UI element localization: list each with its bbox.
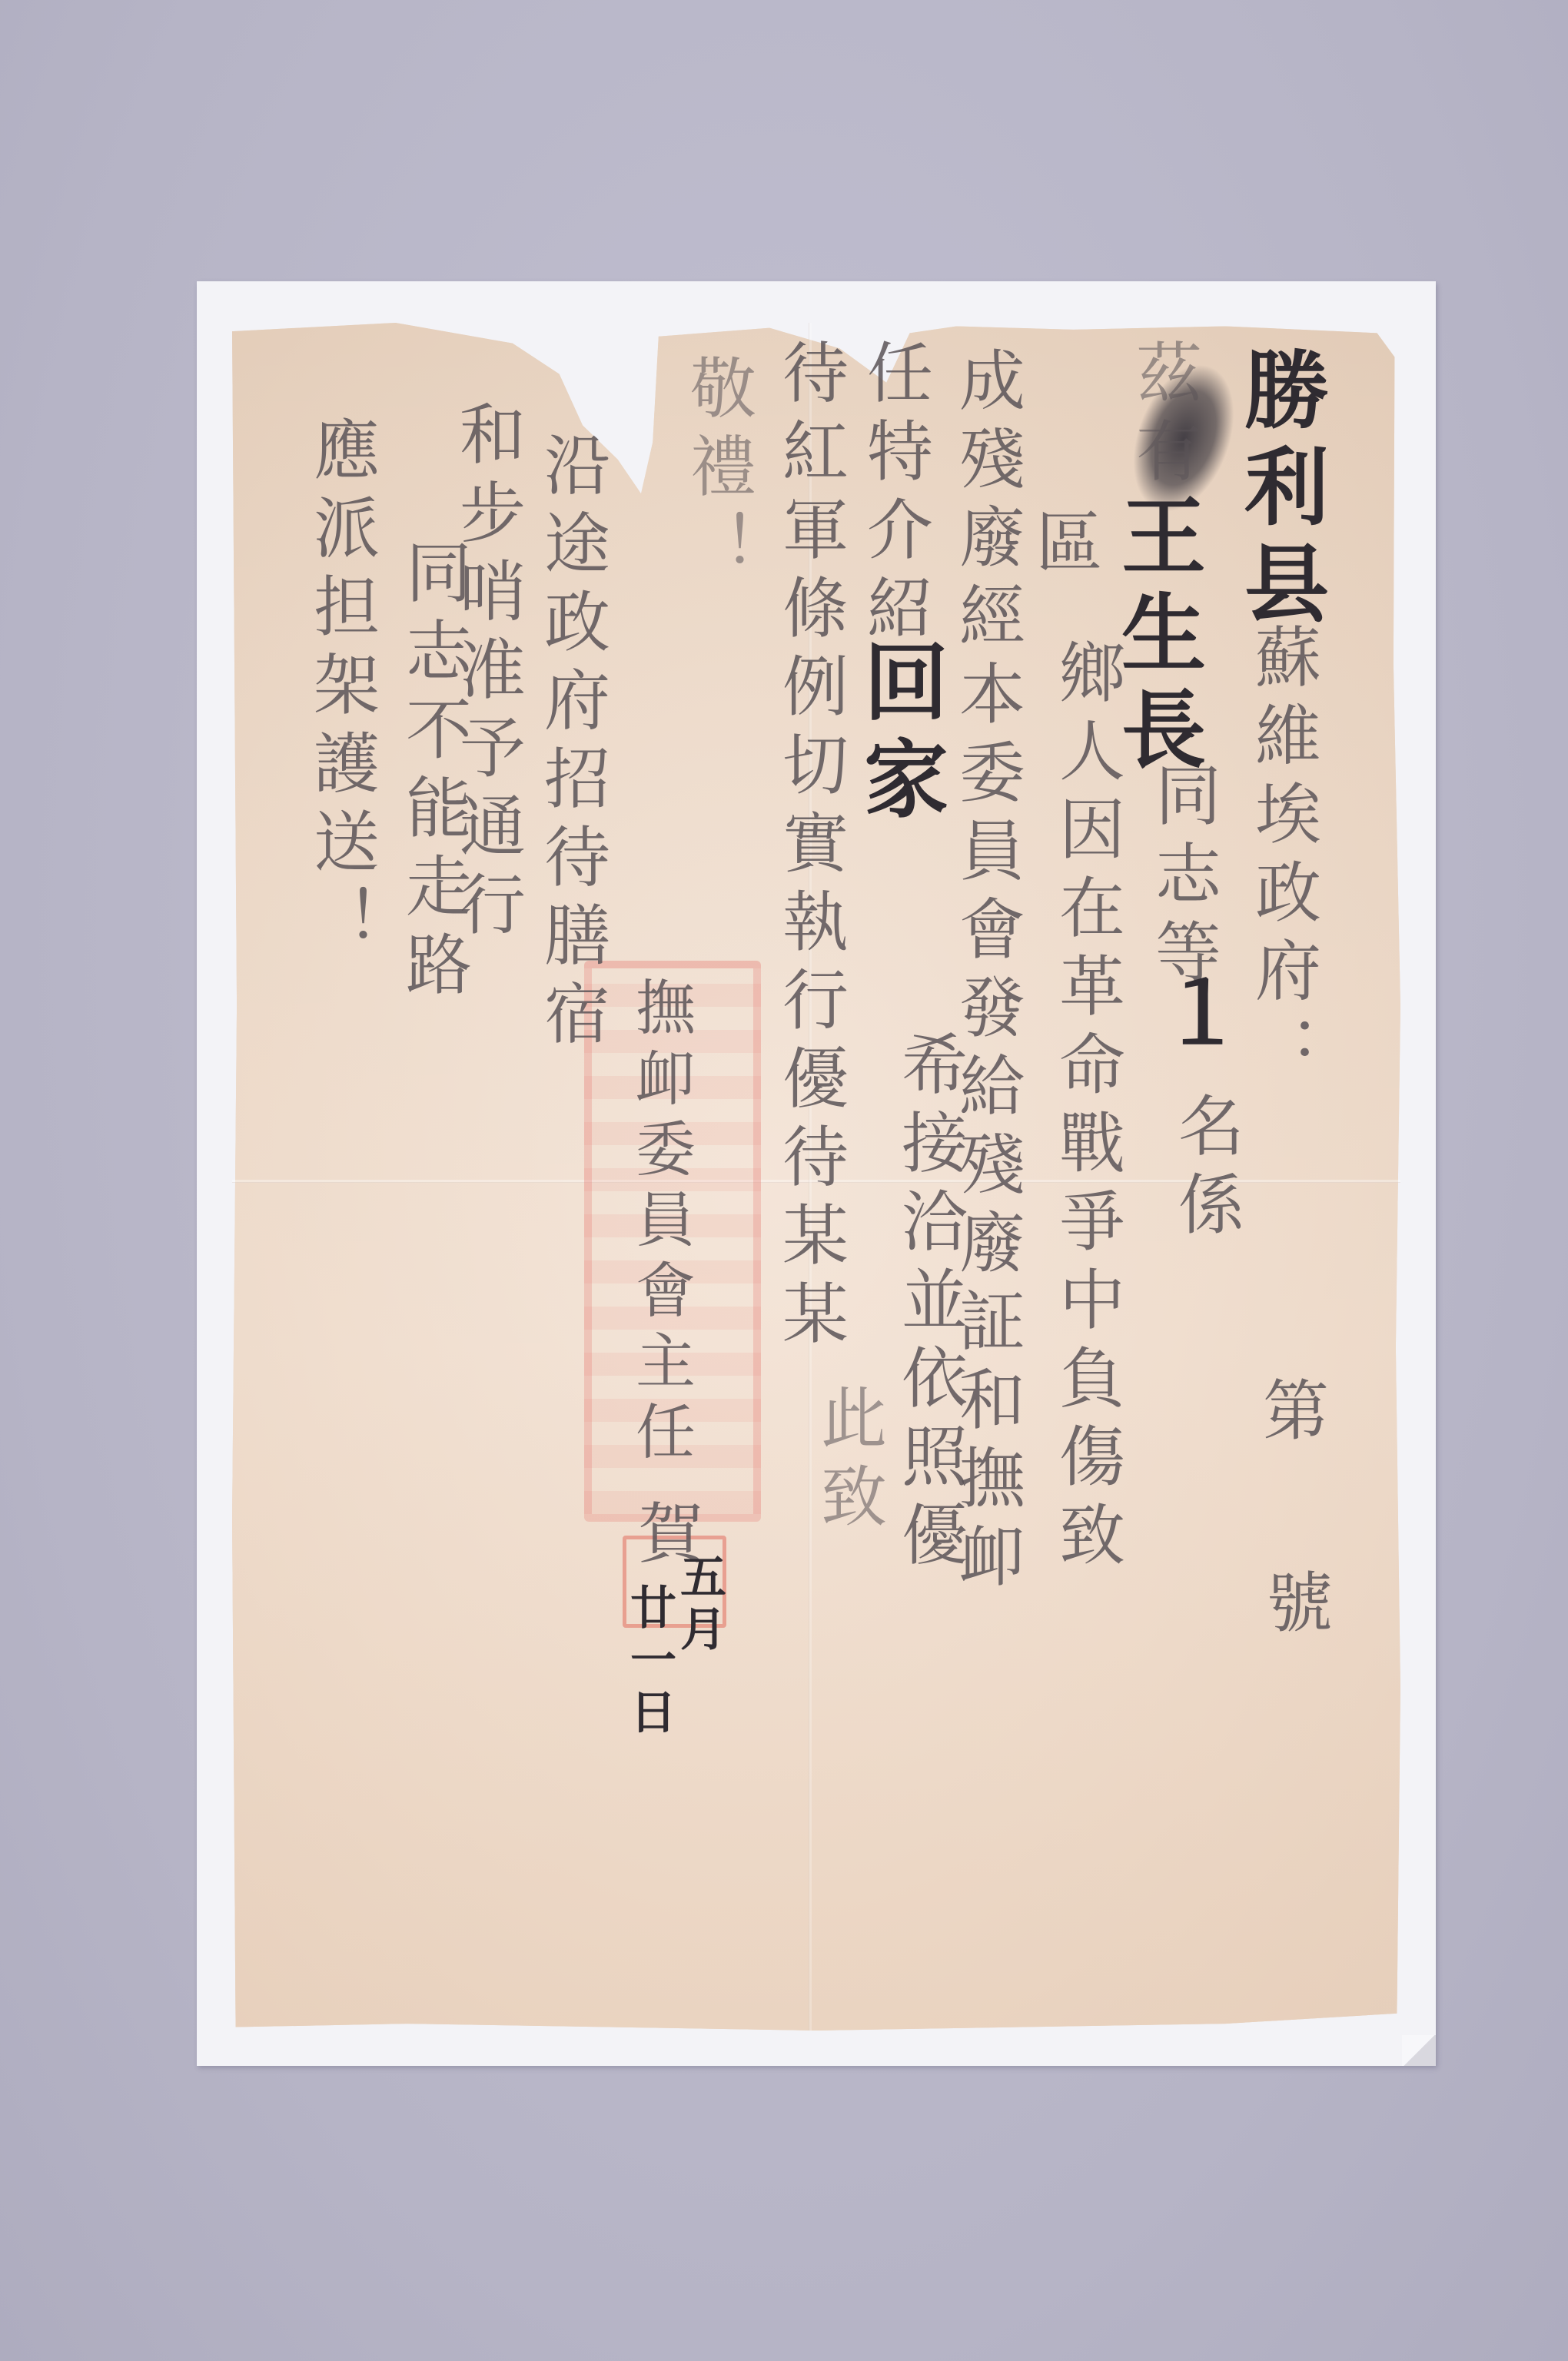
closing-phrase: 此致 xyxy=(815,1383,881,1540)
date-day: 廿一日 xyxy=(626,1583,673,1740)
district-label: 區 xyxy=(1030,507,1096,586)
return-home: 回家 xyxy=(857,638,942,832)
issuer-title: 撫卹委員會主任 xyxy=(630,976,690,1471)
county-name: 勝利县 xyxy=(1237,346,1322,636)
contact-line: 希接洽並依照優 xyxy=(895,1030,962,1579)
intro-phrase: 茲有 xyxy=(1130,338,1196,495)
date-month: 五月 xyxy=(676,1552,723,1657)
government-name: 蘇維埃政府： xyxy=(1249,623,1315,1093)
travel-lodging-line: 沿途政府招待膳宿 xyxy=(538,430,604,1058)
red-army-regulation-line: 待紅軍條例切實執行優待某某 xyxy=(776,338,842,1357)
number-suffix: 號 xyxy=(1261,1568,1327,1646)
folded-corner xyxy=(1402,2035,1436,2066)
cannot-walk-line: 同志不能走路 xyxy=(400,538,466,1008)
comrade-name: 王生長 xyxy=(1115,492,1199,782)
introduction-phrase: 任特介紹 xyxy=(861,338,927,652)
injury-line: 鄉人因在革命戰爭中負傷致 xyxy=(1053,638,1119,1579)
name-suffix: 名係 xyxy=(1172,1091,1238,1248)
salutation: 敬禮！ xyxy=(684,354,750,589)
count-value: １ xyxy=(1153,968,1237,1065)
number-label: 第 xyxy=(1257,1376,1323,1454)
stretcher-escort-line: 應派担架護送！ xyxy=(307,415,374,964)
comrade-label: 同志等 xyxy=(1149,761,1215,996)
